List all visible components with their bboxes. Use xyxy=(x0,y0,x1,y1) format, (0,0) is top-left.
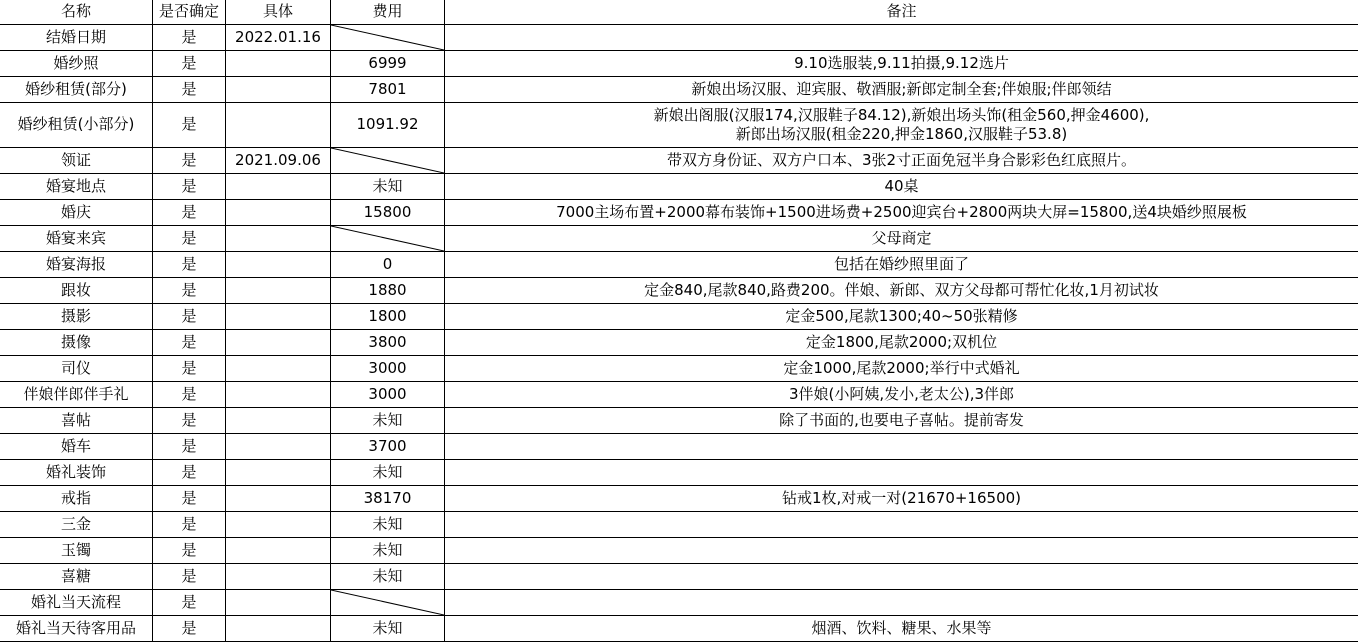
note-text: 新娘出阁服(汉服174,汉服鞋子84.12),新娘出场头饰(租金560,押金46… xyxy=(654,106,1150,144)
cost-cell[interactable]: 未知 xyxy=(331,460,445,486)
cost-text: 15800 xyxy=(364,203,412,221)
note-text: 带双方身份证、双方户口本、3张2寸正面免冠半身合影彩色红底照片。 xyxy=(667,151,1136,169)
confirmed-text: 是 xyxy=(181,115,196,133)
confirmed-text: 是 xyxy=(181,411,196,429)
table-row: 戒指 是 38170 钻戒1枚,对戒一对(21670+16500) xyxy=(0,486,1358,512)
cost-cell[interactable]: 3700 xyxy=(331,434,445,460)
name-cell[interactable]: 伴娘伴郎伴手礼 xyxy=(0,382,153,408)
name-text: 婚纱租赁(小部分) xyxy=(18,115,135,133)
name-text: 摄像 xyxy=(61,333,91,351)
confirmed-cell[interactable]: 是 xyxy=(153,460,226,486)
confirmed-cell[interactable]: 是 xyxy=(153,486,226,512)
cost-cell[interactable]: 3000 xyxy=(331,382,445,408)
confirmed-cell[interactable]: 是 xyxy=(153,51,226,77)
table-row: 司仪 是 3000 定金1000,尾款2000;举行中式婚礼 xyxy=(0,356,1358,382)
confirmed-text: 是 xyxy=(181,203,196,221)
detail-cell[interactable] xyxy=(226,103,331,148)
cost-text: 未知 xyxy=(372,515,402,533)
note-text: 包括在婚纱照里面了 xyxy=(834,255,969,273)
diagonal-slash-line xyxy=(331,25,444,50)
header-name[interactable]: 名称 xyxy=(0,0,153,25)
note-cell[interactable] xyxy=(445,512,1358,538)
table-body: 结婚日期 是 2022.01.16 婚纱照 是 xyxy=(0,25,1358,642)
table-row: 摄像 是 3800 定金1800,尾款2000;双机位 xyxy=(0,330,1358,356)
name-cell[interactable]: 婚宴来宾 xyxy=(0,226,153,252)
confirmed-text: 是 xyxy=(181,593,196,611)
detail-cell[interactable] xyxy=(226,538,331,564)
confirmed-text: 是 xyxy=(181,28,196,46)
confirmed-text: 是 xyxy=(181,333,196,351)
confirmed-text: 是 xyxy=(181,281,196,299)
confirmed-text: 是 xyxy=(181,177,196,195)
confirmed-cell[interactable]: 是 xyxy=(153,538,226,564)
detail-cell[interactable] xyxy=(226,616,331,642)
confirmed-cell[interactable]: 是 xyxy=(153,512,226,538)
table-row: 领证 是 2021.09.06 带双方身份证、双方户口本、3张2寸正面免冠半身合… xyxy=(0,148,1358,174)
confirmed-cell[interactable]: 是 xyxy=(153,304,226,330)
cost-cell[interactable]: 未知 xyxy=(331,408,445,434)
detail-cell[interactable] xyxy=(226,77,331,103)
table-row: 婚宴来宾 是 父母商定 xyxy=(0,226,1358,252)
name-cell[interactable]: 婚宴地点 xyxy=(0,174,153,200)
cost-text: 0 xyxy=(383,255,393,273)
header-row: 名称 是否确定 具体 费用 备注 xyxy=(0,0,1358,25)
table-row: 婚纱租赁(小部分) 是 1091.92 新娘出阁服(汉服174,汉服鞋子84.1… xyxy=(0,103,1358,148)
cost-cell[interactable]: 未知 xyxy=(331,174,445,200)
detail-cell[interactable] xyxy=(226,356,331,382)
note-text: 钻戒1枚,对戒一对(21670+16500) xyxy=(782,489,1021,507)
detail-cell[interactable] xyxy=(226,382,331,408)
name-cell[interactable]: 摄像 xyxy=(0,330,153,356)
cost-text: 3000 xyxy=(368,359,406,377)
note-cell[interactable]: 烟酒、饮料、糖果、水果等 xyxy=(445,616,1358,642)
confirmed-cell[interactable]: 是 xyxy=(153,434,226,460)
cost-text: 未知 xyxy=(372,567,402,585)
note-cell[interactable] xyxy=(445,25,1358,51)
name-text: 领证 xyxy=(61,151,91,169)
name-cell[interactable]: 喜糖 xyxy=(0,564,153,590)
note-cell[interactable] xyxy=(445,538,1358,564)
name-cell[interactable]: 领证 xyxy=(0,148,153,174)
confirmed-cell[interactable]: 是 xyxy=(153,382,226,408)
confirmed-text: 是 xyxy=(181,307,196,325)
name-cell[interactable]: 戒指 xyxy=(0,486,153,512)
cost-cell[interactable]: 6999 xyxy=(331,51,445,77)
diagonal-slash-line xyxy=(331,226,444,251)
note-cell[interactable]: 包括在婚纱照里面了 xyxy=(445,252,1358,278)
detail-cell[interactable] xyxy=(226,174,331,200)
cost-cell[interactable]: 未知 xyxy=(331,512,445,538)
cost-text: 38170 xyxy=(364,489,412,507)
detail-cell[interactable] xyxy=(226,512,331,538)
table-row: 婚宴海报 是 0 包括在婚纱照里面了 xyxy=(0,252,1358,278)
name-cell[interactable]: 婚礼当天流程 xyxy=(0,590,153,616)
detail-cell[interactable] xyxy=(226,434,331,460)
cost-cell[interactable]: 15800 xyxy=(331,200,445,226)
note-cell[interactable]: 新娘出场汉服、迎宾服、敬酒服;新郎定制全套;伴娘服;伴郎领结 xyxy=(445,77,1358,103)
name-text: 司仪 xyxy=(61,359,91,377)
confirmed-cell[interactable]: 是 xyxy=(153,174,226,200)
cost-cell[interactable]: 未知 xyxy=(331,564,445,590)
detail-cell[interactable]: 2021.09.06 xyxy=(226,148,331,174)
confirmed-cell[interactable]: 是 xyxy=(153,252,226,278)
confirmed-text: 是 xyxy=(181,255,196,273)
cost-text: 未知 xyxy=(372,541,402,559)
header-cost[interactable]: 费用 xyxy=(331,0,445,25)
confirmed-cell[interactable]: 是 xyxy=(153,200,226,226)
confirmed-cell[interactable]: 是 xyxy=(153,356,226,382)
table-row: 婚纱租赁(部分) 是 7801 新娘出场汉服、迎宾服、敬酒服;新郎定制全套;伴娘… xyxy=(0,77,1358,103)
cost-text: 6999 xyxy=(368,54,406,72)
name-text: 三金 xyxy=(61,515,91,533)
table-row: 婚礼当天待客用品 是 未知 烟酒、饮料、糖果、水果等 xyxy=(0,616,1358,642)
name-cell[interactable]: 三金 xyxy=(0,512,153,538)
cost-cell[interactable] xyxy=(331,148,445,174)
detail-cell[interactable] xyxy=(226,564,331,590)
table-row: 跟妆 是 1880 定金840,尾款840,路费200。伴娘、新郎、双方父母都可… xyxy=(0,278,1358,304)
cost-cell[interactable] xyxy=(331,590,445,616)
cost-text: 未知 xyxy=(372,411,402,429)
header-note[interactable]: 备注 xyxy=(445,0,1358,25)
detail-cell[interactable] xyxy=(226,226,331,252)
confirmed-cell[interactable]: 是 xyxy=(153,564,226,590)
cost-cell[interactable]: 0 xyxy=(331,252,445,278)
detail-cell[interactable] xyxy=(226,304,331,330)
detail-cell[interactable] xyxy=(226,590,331,616)
detail-text: 2021.09.06 xyxy=(235,151,321,169)
note-cell[interactable]: 钻戒1枚,对戒一对(21670+16500) xyxy=(445,486,1358,512)
name-cell[interactable]: 婚宴海报 xyxy=(0,252,153,278)
header-detail[interactable]: 具体 xyxy=(226,0,331,25)
detail-cell[interactable] xyxy=(226,278,331,304)
table-row: 喜帖 是 未知 除了书面的,也要电子喜帖。提前寄发 xyxy=(0,408,1358,434)
cost-text: 未知 xyxy=(372,619,402,637)
confirmed-cell[interactable]: 是 xyxy=(153,278,226,304)
cost-cell[interactable]: 未知 xyxy=(331,616,445,642)
note-cell[interactable]: 定金1800,尾款2000;双机位 xyxy=(445,330,1358,356)
table-row: 玉镯 是 未知 xyxy=(0,538,1358,564)
cost-text: 7801 xyxy=(368,80,406,98)
table-row: 婚宴地点 是 未知 40桌 xyxy=(0,174,1358,200)
confirmed-cell[interactable]: 是 xyxy=(153,77,226,103)
table-row: 摄影 是 1800 定金500,尾款1300;40~50张精修 xyxy=(0,304,1358,330)
cost-cell[interactable]: 未知 xyxy=(331,538,445,564)
detail-cell[interactable] xyxy=(226,51,331,77)
note-text: 定金1800,尾款2000;双机位 xyxy=(806,333,997,351)
cost-cell[interactable]: 1800 xyxy=(331,304,445,330)
name-text: 婚礼装饰 xyxy=(46,463,106,481)
note-text: 定金500,尾款1300;40~50张精修 xyxy=(785,307,1017,325)
confirmed-text: 是 xyxy=(181,80,196,98)
note-text: 父母商定 xyxy=(871,229,931,247)
note-cell[interactable]: 父母商定 xyxy=(445,226,1358,252)
name-cell[interactable]: 结婚日期 xyxy=(0,25,153,51)
confirmed-text: 是 xyxy=(181,385,196,403)
confirmed-text: 是 xyxy=(181,151,196,169)
confirmed-text: 是 xyxy=(181,619,196,637)
confirmed-text: 是 xyxy=(181,54,196,72)
name-text: 婚礼当天流程 xyxy=(31,593,121,611)
name-cell[interactable]: 司仪 xyxy=(0,356,153,382)
cost-text: 1091.92 xyxy=(356,115,418,133)
cost-text: 1800 xyxy=(368,307,406,325)
name-cell[interactable]: 婚纱租赁(部分) xyxy=(0,77,153,103)
cost-text: 3700 xyxy=(368,437,406,455)
confirmed-text: 是 xyxy=(181,463,196,481)
note-text: 烟酒、饮料、糖果、水果等 xyxy=(811,619,991,637)
confirmed-cell[interactable]: 是 xyxy=(153,148,226,174)
confirmed-text: 是 xyxy=(181,515,196,533)
detail-cell[interactable] xyxy=(226,486,331,512)
detail-cell[interactable] xyxy=(226,252,331,278)
name-cell[interactable]: 婚纱照 xyxy=(0,51,153,77)
note-cell[interactable]: 7000主场布置+2000幕布装饰+1500进场费+2500迎宾台+2800两块… xyxy=(445,200,1358,226)
cost-cell[interactable]: 1880 xyxy=(331,278,445,304)
name-cell[interactable]: 跟妆 xyxy=(0,278,153,304)
table-row: 婚礼装饰 是 未知 xyxy=(0,460,1358,486)
confirmed-text: 是 xyxy=(181,359,196,377)
confirmed-cell[interactable]: 是 xyxy=(153,408,226,434)
note-text: 3伴娘(小阿姨,发小,老太公),3伴郎 xyxy=(789,385,1014,403)
detail-cell[interactable] xyxy=(226,330,331,356)
confirmed-text: 是 xyxy=(181,567,196,585)
cost-cell[interactable]: 7801 xyxy=(331,77,445,103)
note-cell[interactable] xyxy=(445,460,1358,486)
note-text: 除了书面的,也要电子喜帖。提前寄发 xyxy=(779,411,1024,429)
table-row: 伴娘伴郎伴手礼 是 3000 3伴娘(小阿姨,发小,老太公),3伴郎 xyxy=(0,382,1358,408)
note-cell[interactable]: 40桌 xyxy=(445,174,1358,200)
name-text: 婚礼当天待客用品 xyxy=(16,619,136,637)
detail-cell[interactable] xyxy=(226,200,331,226)
wedding-budget-table: 名称 是否确定 具体 费用 备注 结婚日期 是 2022.01.16 婚纱照 xyxy=(0,0,1358,642)
detail-cell[interactable] xyxy=(226,460,331,486)
note-cell[interactable]: 定金500,尾款1300;40~50张精修 xyxy=(445,304,1358,330)
detail-cell[interactable] xyxy=(226,408,331,434)
name-cell[interactable]: 喜帖 xyxy=(0,408,153,434)
note-cell[interactable]: 除了书面的,也要电子喜帖。提前寄发 xyxy=(445,408,1358,434)
cost-text: 3800 xyxy=(368,333,406,351)
name-cell[interactable]: 摄影 xyxy=(0,304,153,330)
note-cell[interactable]: 带双方身份证、双方户口本、3张2寸正面免冠半身合影彩色红底照片。 xyxy=(445,148,1358,174)
note-text: 定金840,尾款840,路费200。伴娘、新郎、双方父母都可帮忙化妆,1月初试妆 xyxy=(644,281,1159,299)
header-confirmed[interactable]: 是否确定 xyxy=(153,0,226,25)
table-row: 婚纱照 是 6999 9.10选服装,9.11拍摄,9.12选片 xyxy=(0,51,1358,77)
name-text: 婚宴来宾 xyxy=(46,229,106,247)
cost-text: 未知 xyxy=(372,177,402,195)
diagonal-slash-line xyxy=(331,148,444,173)
name-cell[interactable]: 婚纱租赁(小部分) xyxy=(0,103,153,148)
name-text: 喜帖 xyxy=(61,411,91,429)
name-cell[interactable]: 婚庆 xyxy=(0,200,153,226)
confirmed-cell[interactable]: 是 xyxy=(153,25,226,51)
name-cell[interactable]: 婚礼当天待客用品 xyxy=(0,616,153,642)
table-row: 婚车 是 3700 xyxy=(0,434,1358,460)
note-cell[interactable] xyxy=(445,434,1358,460)
cost-cell[interactable]: 1091.92 xyxy=(331,103,445,148)
name-text: 婚庆 xyxy=(61,203,91,221)
name-cell[interactable]: 婚车 xyxy=(0,434,153,460)
detail-cell[interactable]: 2022.01.16 xyxy=(226,25,331,51)
table-row: 结婚日期 是 2022.01.16 xyxy=(0,25,1358,51)
note-cell[interactable] xyxy=(445,564,1358,590)
note-text: 新娘出场汉服、迎宾服、敬酒服;新郎定制全套;伴娘服;伴郎领结 xyxy=(691,80,1111,98)
name-text: 婚宴海报 xyxy=(46,255,106,273)
diagonal-slash-line xyxy=(331,590,444,615)
name-text: 喜糖 xyxy=(61,567,91,585)
name-text: 结婚日期 xyxy=(46,28,106,46)
cost-cell[interactable] xyxy=(331,226,445,252)
confirmed-cell[interactable]: 是 xyxy=(153,226,226,252)
confirmed-cell[interactable]: 是 xyxy=(153,590,226,616)
confirmed-cell[interactable]: 是 xyxy=(153,330,226,356)
name-text: 戒指 xyxy=(61,489,91,507)
confirmed-text: 是 xyxy=(181,489,196,507)
name-text: 摄影 xyxy=(61,307,91,325)
name-text: 婚车 xyxy=(61,437,91,455)
name-cell[interactable]: 婚礼装饰 xyxy=(0,460,153,486)
name-text: 婚纱租赁(部分) xyxy=(25,80,127,98)
note-cell[interactable] xyxy=(445,590,1358,616)
name-cell[interactable]: 玉镯 xyxy=(0,538,153,564)
confirmed-cell[interactable]: 是 xyxy=(153,103,226,148)
note-cell[interactable]: 新娘出阁服(汉服174,汉服鞋子84.12),新娘出场头饰(租金560,押金46… xyxy=(445,103,1358,148)
name-text: 伴娘伴郎伴手礼 xyxy=(23,385,128,403)
confirmed-text: 是 xyxy=(181,229,196,247)
confirmed-text: 是 xyxy=(181,437,196,455)
cost-text: 3000 xyxy=(368,385,406,403)
note-text: 定金1000,尾款2000;举行中式婚礼 xyxy=(783,359,1019,377)
table-row: 喜糖 是 未知 xyxy=(0,564,1358,590)
table-row: 三金 是 未知 xyxy=(0,512,1358,538)
name-text: 婚宴地点 xyxy=(46,177,106,195)
note-cell[interactable]: 定金1000,尾款2000;举行中式婚礼 xyxy=(445,356,1358,382)
cost-cell[interactable]: 38170 xyxy=(331,486,445,512)
cost-text: 1880 xyxy=(368,281,406,299)
cost-text: 未知 xyxy=(372,463,402,481)
confirmed-cell[interactable]: 是 xyxy=(153,616,226,642)
note-text: 7000主场布置+2000幕布装饰+1500进场费+2500迎宾台+2800两块… xyxy=(556,203,1247,221)
cost-cell[interactable] xyxy=(331,25,445,51)
cost-cell[interactable]: 3800 xyxy=(331,330,445,356)
note-text: 9.10选服装,9.11拍摄,9.12选片 xyxy=(794,54,1009,72)
cost-cell[interactable]: 3000 xyxy=(331,356,445,382)
table-row: 婚礼当天流程 是 xyxy=(0,590,1358,616)
name-text: 玉镯 xyxy=(61,541,91,559)
name-text: 跟妆 xyxy=(61,281,91,299)
detail-text: 2022.01.16 xyxy=(235,28,321,46)
confirmed-text: 是 xyxy=(181,541,196,559)
note-text: 40桌 xyxy=(884,177,918,195)
note-cell[interactable]: 定金840,尾款840,路费200。伴娘、新郎、双方父母都可帮忙化妆,1月初试妆 xyxy=(445,278,1358,304)
name-text: 婚纱照 xyxy=(53,54,98,72)
note-cell[interactable]: 9.10选服装,9.11拍摄,9.12选片 xyxy=(445,51,1358,77)
table-row: 婚庆 是 15800 7000主场布置+2000幕布装饰+1500进场费+250… xyxy=(0,200,1358,226)
note-cell[interactable]: 3伴娘(小阿姨,发小,老太公),3伴郎 xyxy=(445,382,1358,408)
